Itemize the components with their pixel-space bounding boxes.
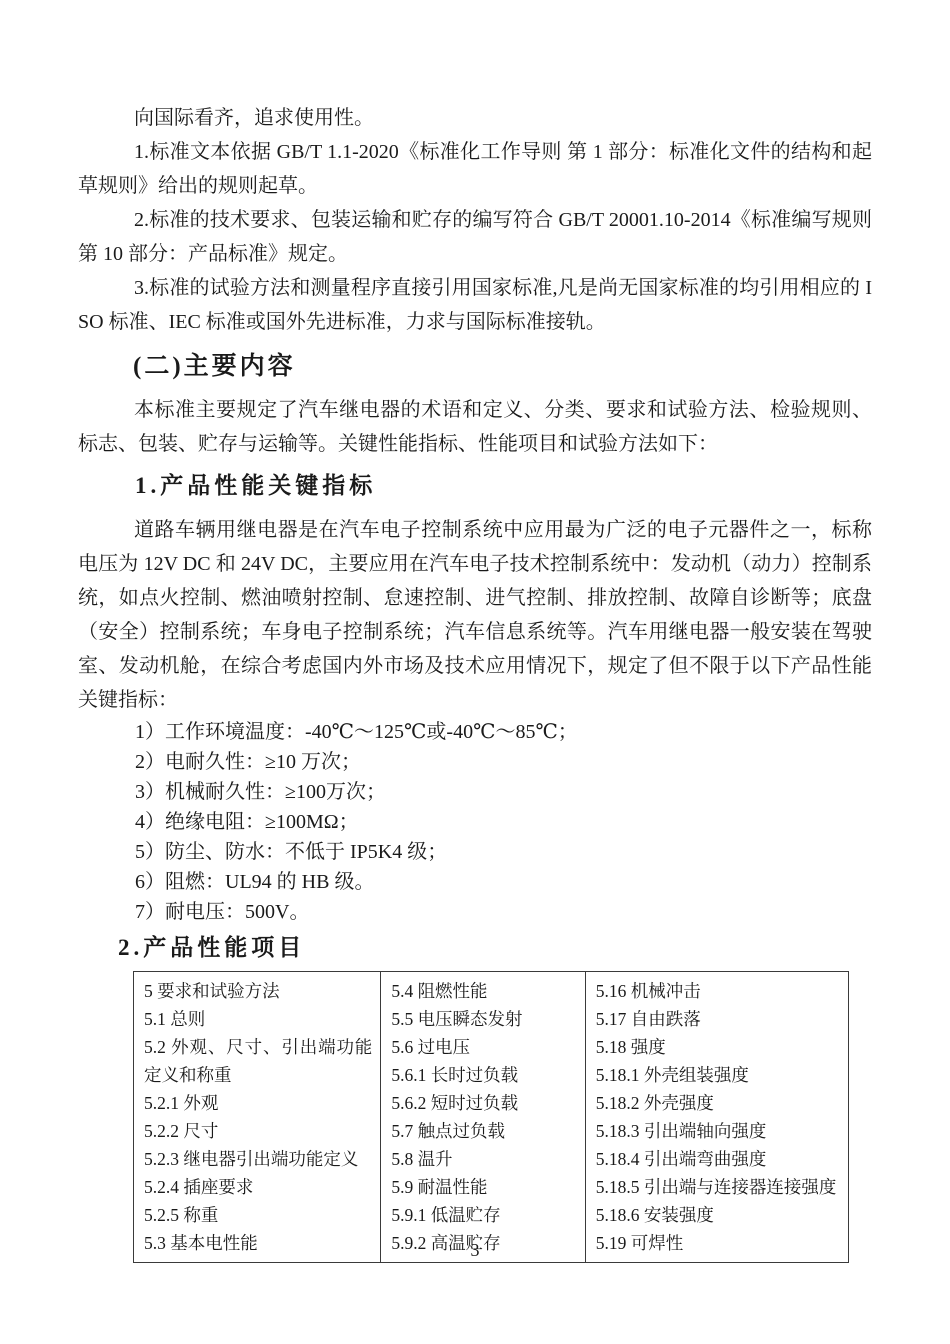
- key-indicator-item: 5）防尘、防水：不低于 IP5K4 级；: [135, 837, 872, 867]
- section-heading-main-content: (二)主要内容: [78, 349, 872, 385]
- table-cell-line: 5.4 阻燃性能: [391, 977, 576, 1005]
- table-cell-line: 5.17 自由跌落: [596, 1005, 840, 1033]
- paragraph-rule-2: 2.标准的技术要求、包装运输和贮存的编写符合 GB/T 20001.10-201…: [78, 203, 872, 271]
- performance-items-table: 5 要求和试验方法5.1 总则5.2 外观、尺寸、引出端功能定义和称重5.2.1…: [133, 971, 849, 1263]
- page-number: 3: [0, 1238, 950, 1262]
- key-indicator-item: 2）电耐久性：≥10 万次；: [135, 747, 872, 777]
- table-cell-line: 5.18.5 引出端与连接器连接强度: [596, 1173, 840, 1201]
- table-cell-line: 5.9.1 低温贮存: [391, 1201, 576, 1229]
- table-cell-line: 5.6.1 长时过负载: [391, 1061, 576, 1089]
- table-cell-line: 5.18.3 引出端轴向强度: [596, 1117, 840, 1145]
- key-indicator-item: 6）阻燃：UL94 的 HB 级。: [135, 867, 872, 897]
- table-cell-line: 5.18 强度: [596, 1033, 840, 1061]
- paragraph-intro: 向国际看齐，追求使用性。: [78, 101, 872, 135]
- table-cell-line: 5.8 温升: [391, 1145, 576, 1173]
- table-cell-line: 5.18.1 外壳组装强度: [596, 1061, 840, 1089]
- paragraph-rule-1: 1.标准文本依据 GB/T 1.1-2020《标准化工作导则 第 1 部分：标准…: [78, 135, 872, 203]
- key-indicator-item: 3）机械耐久性：≥100万次；: [135, 777, 872, 807]
- table-cell-line: 5 要求和试验方法: [144, 977, 372, 1005]
- section-heading-performance-items: 2.产品性能项目: [78, 931, 872, 965]
- table-cell-line: 5.2 外观、尺寸、引出端功能定义和称重: [144, 1033, 372, 1089]
- table-cell-line: 5.2.2 尺寸: [144, 1117, 372, 1145]
- table-cell-line: 5.2.5 称重: [144, 1201, 372, 1229]
- document-page: 向国际看齐，追求使用性。 1.标准文本依据 GB/T 1.1-2020《标准化工…: [0, 0, 950, 1344]
- document-body: 向国际看齐，追求使用性。 1.标准文本依据 GB/T 1.1-2020《标准化工…: [78, 101, 872, 1263]
- table-cell-line: 5.2.4 插座要求: [144, 1173, 372, 1201]
- paragraph-scope: 本标准主要规定了汽车继电器的术语和定义、分类、要求和试验方法、检验规则、标志、包…: [78, 393, 872, 461]
- key-indicator-item: 1）工作环境温度：-40℃～125℃或-40℃～85℃；: [135, 717, 872, 747]
- table-cell-line: 5.1 总则: [144, 1005, 372, 1033]
- table-cell-line: 5.18.2 外壳强度: [596, 1089, 840, 1117]
- section-heading-key-indicators: 1.产品性能关键指标: [78, 469, 872, 503]
- table-cell-line: 5.6.2 短时过负载: [391, 1089, 576, 1117]
- table-column-1: 5 要求和试验方法5.1 总则5.2 外观、尺寸、引出端功能定义和称重5.2.1…: [134, 972, 380, 1262]
- table-cell-line: 5.6 过电压: [391, 1033, 576, 1061]
- table-cell-line: 5.2.3 继电器引出端功能定义: [144, 1145, 372, 1173]
- table-cell-line: 5.18.4 引出端弯曲强度: [596, 1145, 840, 1173]
- table-cell-line: 5.9 耐温性能: [391, 1173, 576, 1201]
- table-column-2: 5.4 阻燃性能5.5 电压瞬态发射5.6 过电压5.6.1 长时过负载5.6.…: [380, 972, 584, 1262]
- paragraph-relay-overview: 道路车辆用继电器是在汽车电子控制系统中应用最为广泛的电子元器件之一，标称电压为 …: [78, 513, 872, 717]
- key-indicator-list: 1）工作环境温度：-40℃～125℃或-40℃～85℃；2）电耐久性：≥10 万…: [78, 717, 872, 927]
- table-cell-line: 5.2.1 外观: [144, 1089, 372, 1117]
- table-cell-line: 5.16 机械冲击: [596, 977, 840, 1005]
- key-indicator-item: 7）耐电压：500V。: [135, 897, 872, 927]
- paragraph-rule-3: 3.标准的试验方法和测量程序直接引用国家标准,凡是尚无国家标准的均引用相应的 I…: [78, 271, 872, 339]
- table-cell-line: 5.18.6 安装强度: [596, 1201, 840, 1229]
- table-cell-line: 5.5 电压瞬态发射: [391, 1005, 576, 1033]
- table-column-3: 5.16 机械冲击5.17 自由跌落5.18 强度5.18.1 外壳组装强度5.…: [585, 972, 848, 1262]
- table-cell-line: 5.7 触点过负载: [391, 1117, 576, 1145]
- key-indicator-item: 4）绝缘电阻：≥100MΩ；: [135, 807, 872, 837]
